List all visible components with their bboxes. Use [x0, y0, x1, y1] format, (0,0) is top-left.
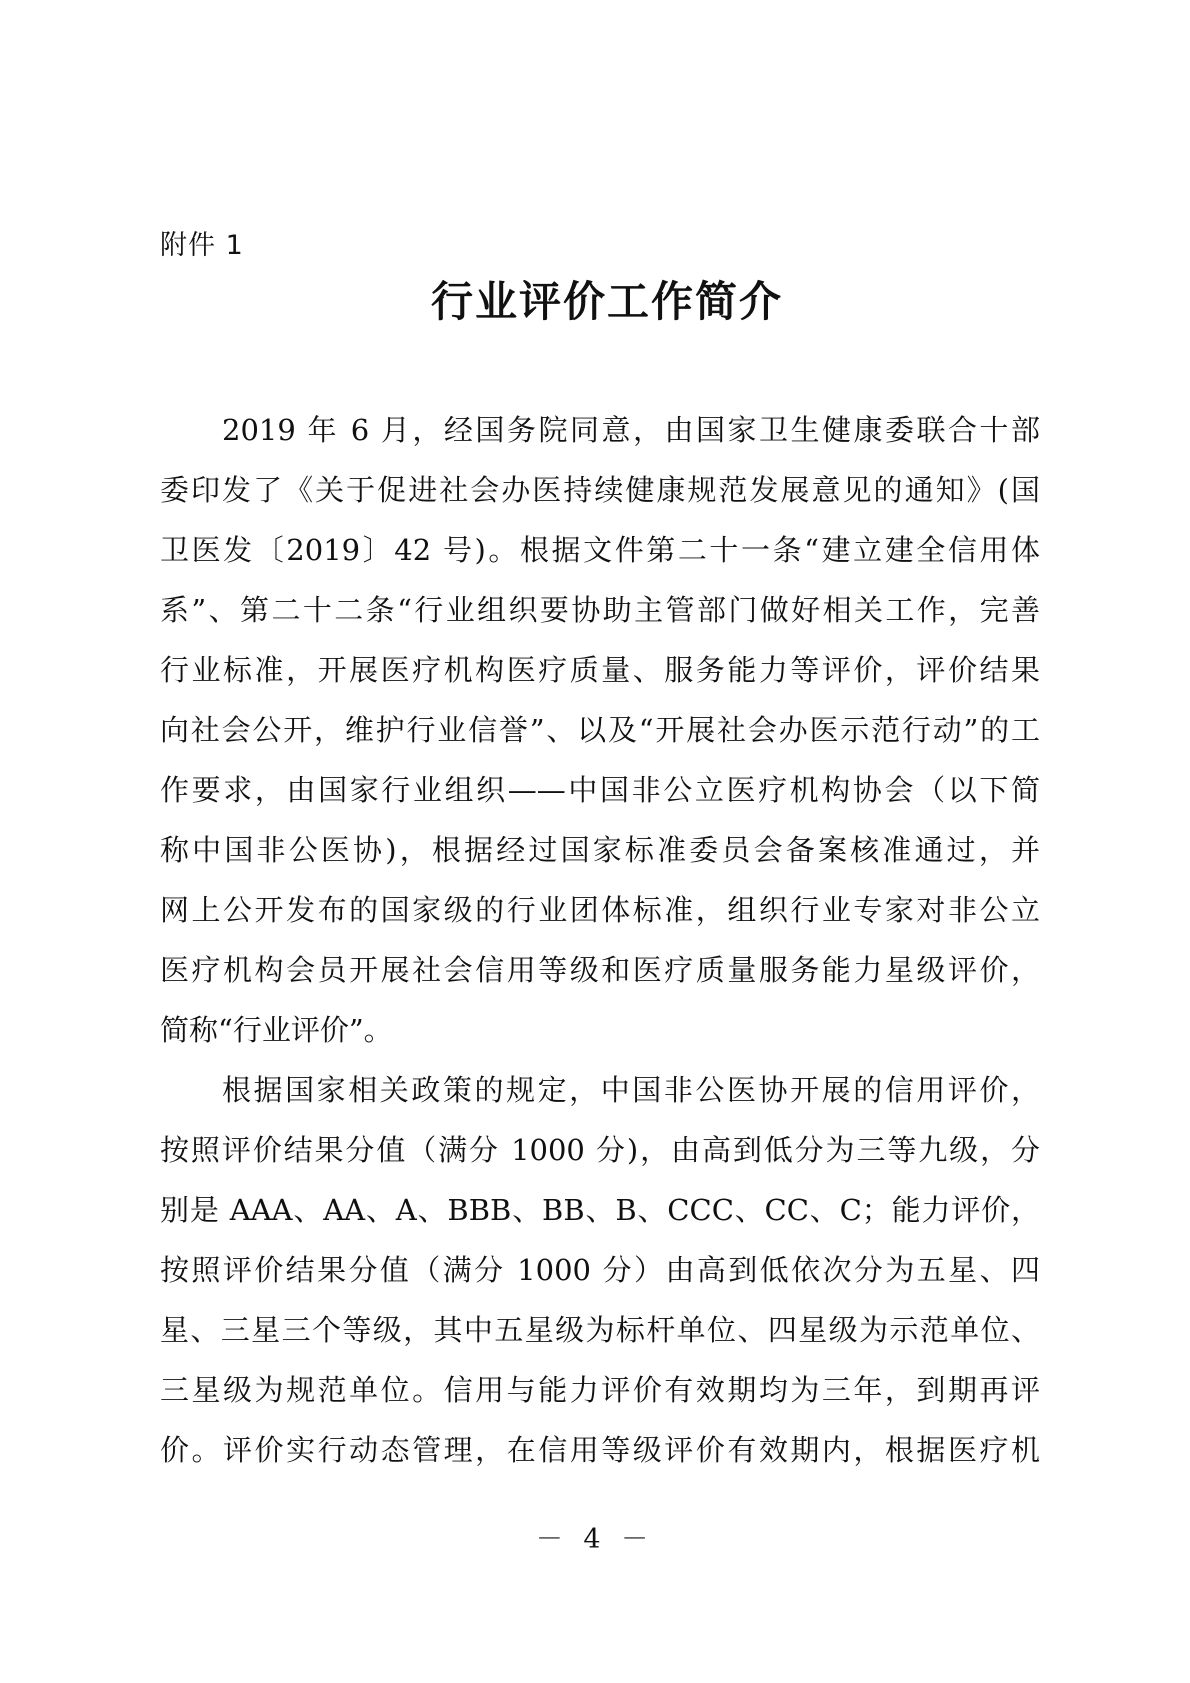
paragraph-line: 价。评价实行动态管理，在信用等级评价有效期内，根据医疗机	[160, 1420, 1040, 1480]
paragraph-2: 根据国家相关政策的规定，中国非公医协开展的信用评价， 按照评价结果分值（满分 1…	[160, 1060, 1040, 1480]
paragraph-line: 作要求，由国家行业组织——中国非公立医疗机构协会（以下简	[160, 760, 1040, 820]
paragraph-line: 向社会公开，维护行业信誉”、以及“开展社会办医示范行动”的工	[160, 700, 1040, 760]
attachment-label: 附件 1	[160, 228, 244, 264]
paragraph-line: 三星级为规范单位。信用与能力评价有效期均为三年，到期再评	[160, 1360, 1040, 1420]
paragraph-line: 别是 AAA、AA、A、BBB、BB、B、CCC、CC、C；能力评价，	[160, 1180, 1040, 1240]
paragraph-line: 星、三星三个等级，其中五星级为标杆单位、四星级为示范单位、	[160, 1300, 1040, 1360]
paragraph-line: 根据国家相关政策的规定，中国非公医协开展的信用评价，	[160, 1060, 1040, 1120]
document-title: 行业评价工作简介	[0, 272, 1190, 332]
paragraph-line: 按照评价结果分值（满分 1000 分)，由高到低分为三等九级，分	[160, 1120, 1040, 1180]
paragraph-line: 网上公开发布的国家级的行业团体标准，组织行业专家对非公立	[160, 880, 1040, 940]
paragraph-line: 行业标准，开展医疗机构医疗质量、服务能力等评价，评价结果	[160, 640, 1040, 700]
paragraph-line: 医疗机构会员开展社会信用等级和医疗质量服务能力星级评价，	[160, 940, 1040, 1000]
paragraph-line: 委印发了《关于促进社会办医持续健康规范发展意见的通知》(国	[160, 460, 1040, 520]
paragraph-line: 简称“行业评价”。	[160, 1000, 1040, 1060]
document-body: 2019 年 6 月，经国务院同意，由国家卫生健康委联合十部 委印发了《关于促进…	[160, 400, 1040, 1480]
paragraph-line: 2019 年 6 月，经国务院同意，由国家卫生健康委联合十部	[160, 400, 1040, 460]
paragraph-line: 称中国非公医协)，根据经过国家标准委员会备案核准通过，并	[160, 820, 1040, 880]
document-page: 附件 1 行业评价工作简介 2019 年 6 月，经国务院同意，由国家卫生健康委…	[0, 0, 1190, 1683]
paragraph-line: 按照评价结果分值（满分 1000 分）由高到低依次分为五星、四	[160, 1240, 1040, 1300]
paragraph-line: 系”、第二十二条“行业组织要协助主管部门做好相关工作，完善	[160, 580, 1040, 640]
page-number: － 4 －	[0, 1522, 1190, 1558]
paragraph-line: 卫医发〔2019〕42 号)。根据文件第二十一条“建立建全信用体	[160, 520, 1040, 580]
paragraph-1: 2019 年 6 月，经国务院同意，由国家卫生健康委联合十部 委印发了《关于促进…	[160, 400, 1040, 1060]
